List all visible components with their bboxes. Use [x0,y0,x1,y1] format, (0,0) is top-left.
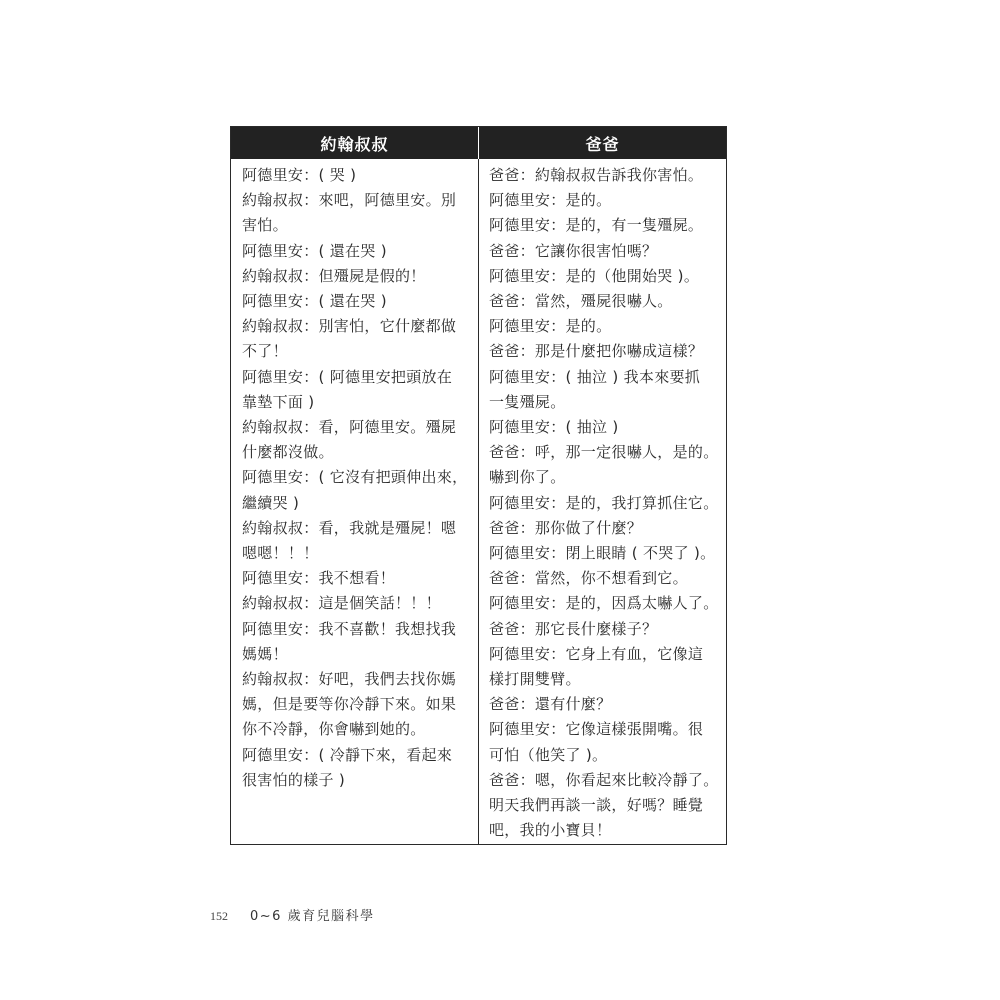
dialogue-line: 阿德里安：是的，有一隻殭屍。 [489,213,720,238]
header-dad: 爸爸 [479,127,726,159]
dialogue-line: 樣打開雙臂。 [489,667,720,692]
dialogue-line: 約翰叔叔：看，阿德里安。殭屍 [242,415,470,440]
dialogue-line: 很害怕的樣子 ) [242,768,470,793]
dialogue-line: 繼續哭 ) [242,491,470,516]
dialogue-line: 阿德里安：( 阿德里安把頭放在 [242,365,470,390]
dialogue-line: 你不冷靜，你會嚇到她的。 [242,717,470,742]
dialogue-line: 阿德里安：它身上有血，它像這 [489,642,720,667]
dialogue-line: 約翰叔叔：看，我就是殭屍！嗯 [242,516,470,541]
dialogue-line: 約翰叔叔：這是個笑話！！！ [242,591,470,616]
dialogue-line: 一隻殭屍。 [489,390,720,415]
dialogue-line: 約翰叔叔：但殭屍是假的！ [242,264,470,289]
dialogue-line: 爸爸：那是什麼把你嚇成這樣？ [489,339,720,364]
dialogue-line: 爸爸：嗯，你看起來比較冷靜了。 [489,768,720,793]
dialogue-line: 阿德里安：( 冷靜下來，看起來 [242,743,470,768]
dialogue-line: 爸爸：呼，那一定很嚇人，是的。 [489,440,720,465]
dialogue-line: 阿德里安：( 哭 ) [242,163,470,188]
dialogue-line: 爸爸：它讓你很害怕嗎？ [489,239,720,264]
dialogue-line: 可怕（他笑了 )。 [489,743,720,768]
dialogue-line: 阿德里安：( 還在哭 ) [242,239,470,264]
dialogue-line: 阿德里安：是的，因爲太嚇人了。 [489,591,720,616]
dialogue-line: 阿德里安：( 還在哭 ) [242,289,470,314]
page-footer: 152 0~6 歲育兒腦科學 [210,905,375,924]
book-title: 0~6 歲育兒腦科學 [250,905,375,924]
dialogue-line: 爸爸：當然，殭屍很嚇人。 [489,289,720,314]
dialogue-line: 約翰叔叔：別害怕，它什麼都做 [242,314,470,339]
dialogue-line: 阿德里安：( 抽泣 ) [489,415,720,440]
dialogue-line: 不了！ [242,339,470,364]
dialogue-line: 阿德里安：是的。 [489,314,720,339]
dialogue-line: 吧，我的小寶貝！ [489,818,720,843]
dialogue-line: 嚇到你了。 [489,465,720,490]
dialogue-line: 爸爸：那你做了什麼？ [489,516,720,541]
dad-dialogue-column: 爸爸：約翰叔叔告訴我你害怕。阿德里安：是的。阿德里安：是的，有一隻殭屍。爸爸：它… [479,159,726,844]
dialogue-line: 靠墊下面 ) [242,390,470,415]
dialogue-line: 阿德里安：閉上眼睛 ( 不哭了 )。 [489,541,720,566]
dialogue-line: 爸爸：約翰叔叔告訴我你害怕。 [489,163,720,188]
dialogue-line: 阿德里安：我不想看！ [242,566,470,591]
dialogue-line: 爸爸：還有什麼？ [489,692,720,717]
dialogue-line: 阿德里安：是的（他開始哭 )。 [489,264,720,289]
uncle-john-dialogue-column: 阿德里安：( 哭 )約翰叔叔：來吧，阿德里安。別害怕。阿德里安：( 還在哭 )約… [231,159,479,844]
dialogue-line: 嗯嗯！！！ [242,541,470,566]
dialogue-line: 阿德里安：我不喜歡！我想找我 [242,617,470,642]
dialogue-line: 阿德里安：是的。 [489,188,720,213]
dialogue-line: 約翰叔叔：來吧，阿德里安。別 [242,188,470,213]
header-uncle-john: 約翰叔叔 [231,127,479,159]
dialogue-line: 媽媽！ [242,642,470,667]
dialogue-line: 阿德里安：是的，我打算抓住它。 [489,491,720,516]
dialogue-comparison-table: 約翰叔叔 爸爸 阿德里安：( 哭 )約翰叔叔：來吧，阿德里安。別害怕。阿德里安：… [230,126,727,845]
dialogue-line: 阿德里安：它像這樣張開嘴。很 [489,717,720,742]
dialogue-line: 阿德里安：( 它沒有把頭伸出來， [242,465,470,490]
dialogue-line: 媽，但是要等你冷靜下來。如果 [242,692,470,717]
dialogue-line: 害怕。 [242,213,470,238]
dialogue-line: 約翰叔叔：好吧，我們去找你媽 [242,667,470,692]
dialogue-line: 爸爸：那它長什麼樣子？ [489,617,720,642]
dialogue-line: 什麼都沒做。 [242,440,470,465]
dialogue-line: 阿德里安：( 抽泣 ) 我本來要抓 [489,365,720,390]
dialogue-line: 爸爸：當然，你不想看到它。 [489,566,720,591]
page-number: 152 [210,909,228,924]
dialogue-line: 明天我們再談一談，好嗎？睡覺 [489,793,720,818]
